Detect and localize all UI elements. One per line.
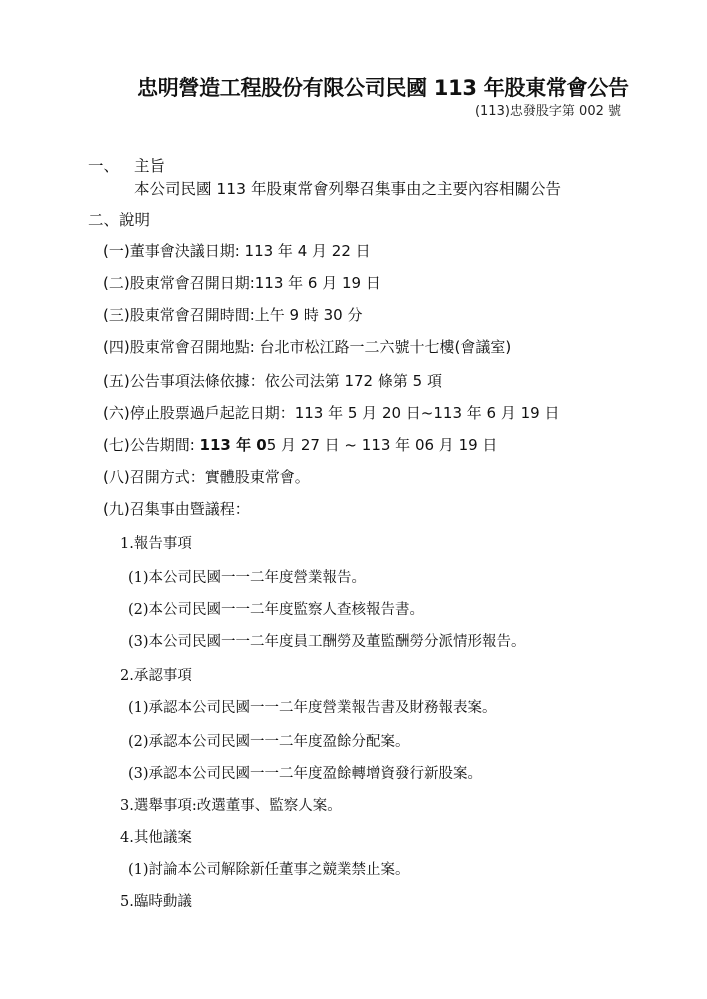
item7-prefix: (七)公告期間: bbox=[103, 436, 200, 454]
section1-label: 一、 bbox=[88, 154, 119, 176]
document-number: (113)忠發股字第 002 號 bbox=[475, 100, 621, 119]
explanation-item-3: (三)股東常會召開時間:上午 9 時 30 分 bbox=[103, 304, 362, 325]
document-title: 忠明營造工程股份有限公司民國 113 年股東常會公告 bbox=[137, 72, 629, 102]
explanation-item-7: (七)公告期間: 113 年 05 月 27 日 ~ 113 年 06 月 19… bbox=[103, 434, 497, 455]
explanation-item-9: (九)召集事由暨議程： bbox=[103, 498, 250, 519]
section1-body: 本公司民國 113 年股東常會列舉召集事由之主要內容相關公告 bbox=[134, 177, 561, 199]
agenda-ratification-item: (1)承認本公司民國一一二年度營業報告書及財務報表案。 bbox=[128, 696, 497, 717]
section1-heading: 主旨 bbox=[134, 154, 165, 176]
explanation-item-6: (六)停止股票過戶起訖日期：113 年 5 月 20 日~113 年 6 月 1… bbox=[103, 402, 559, 423]
item7-rest: 5 月 27 日 ~ 113 年 06 月 19 日 bbox=[267, 436, 498, 454]
agenda-others-heading: 4.其他議案 bbox=[120, 826, 192, 847]
item7-bold-date: 113 年 0 bbox=[200, 436, 267, 454]
agenda-report-item: (1)本公司民國一一二年度營業報告。 bbox=[128, 566, 366, 587]
agenda-ratification-item: (3)承認本公司民國一一二年度盈餘轉增資發行新股案。 bbox=[128, 762, 482, 783]
section2-heading: 二、說明 bbox=[88, 208, 150, 230]
explanation-item-5: (五)公告事項法條依據：依公司法第 172 條第 5 項 bbox=[103, 370, 442, 391]
agenda-other-item: (1)討論本公司解除新任董事之競業禁止案。 bbox=[128, 858, 410, 879]
agenda-extempore-heading: 5.臨時動議 bbox=[120, 890, 192, 911]
explanation-item-8: (八)召開方式：實體股東常會。 bbox=[103, 466, 310, 487]
agenda-elections-heading: 3.選舉事項:改選董事、監察人案。 bbox=[120, 794, 342, 815]
explanation-item-1: (一)董事會決議日期: 113 年 4 月 22 日 bbox=[103, 240, 371, 261]
agenda-ratifications-heading: 2.承認事項 bbox=[120, 664, 192, 685]
explanation-item-4: (四)股東常會召開地點: 台北市松江路一二六號十七樓(會議室) bbox=[103, 336, 511, 357]
agenda-reports-heading: 1.報告事項 bbox=[120, 532, 192, 553]
agenda-ratification-item: (2)承認本公司民國一一二年度盈餘分配案。 bbox=[128, 730, 410, 751]
explanation-item-2: (二)股東常會召開日期:113 年 6 月 19 日 bbox=[103, 272, 381, 293]
agenda-report-item: (3)本公司民國一一二年度員工酬勞及董監酬勞分派情形報告。 bbox=[128, 630, 526, 651]
agenda-report-item: (2)本公司民國一一二年度監察人查核報告書。 bbox=[128, 598, 424, 619]
